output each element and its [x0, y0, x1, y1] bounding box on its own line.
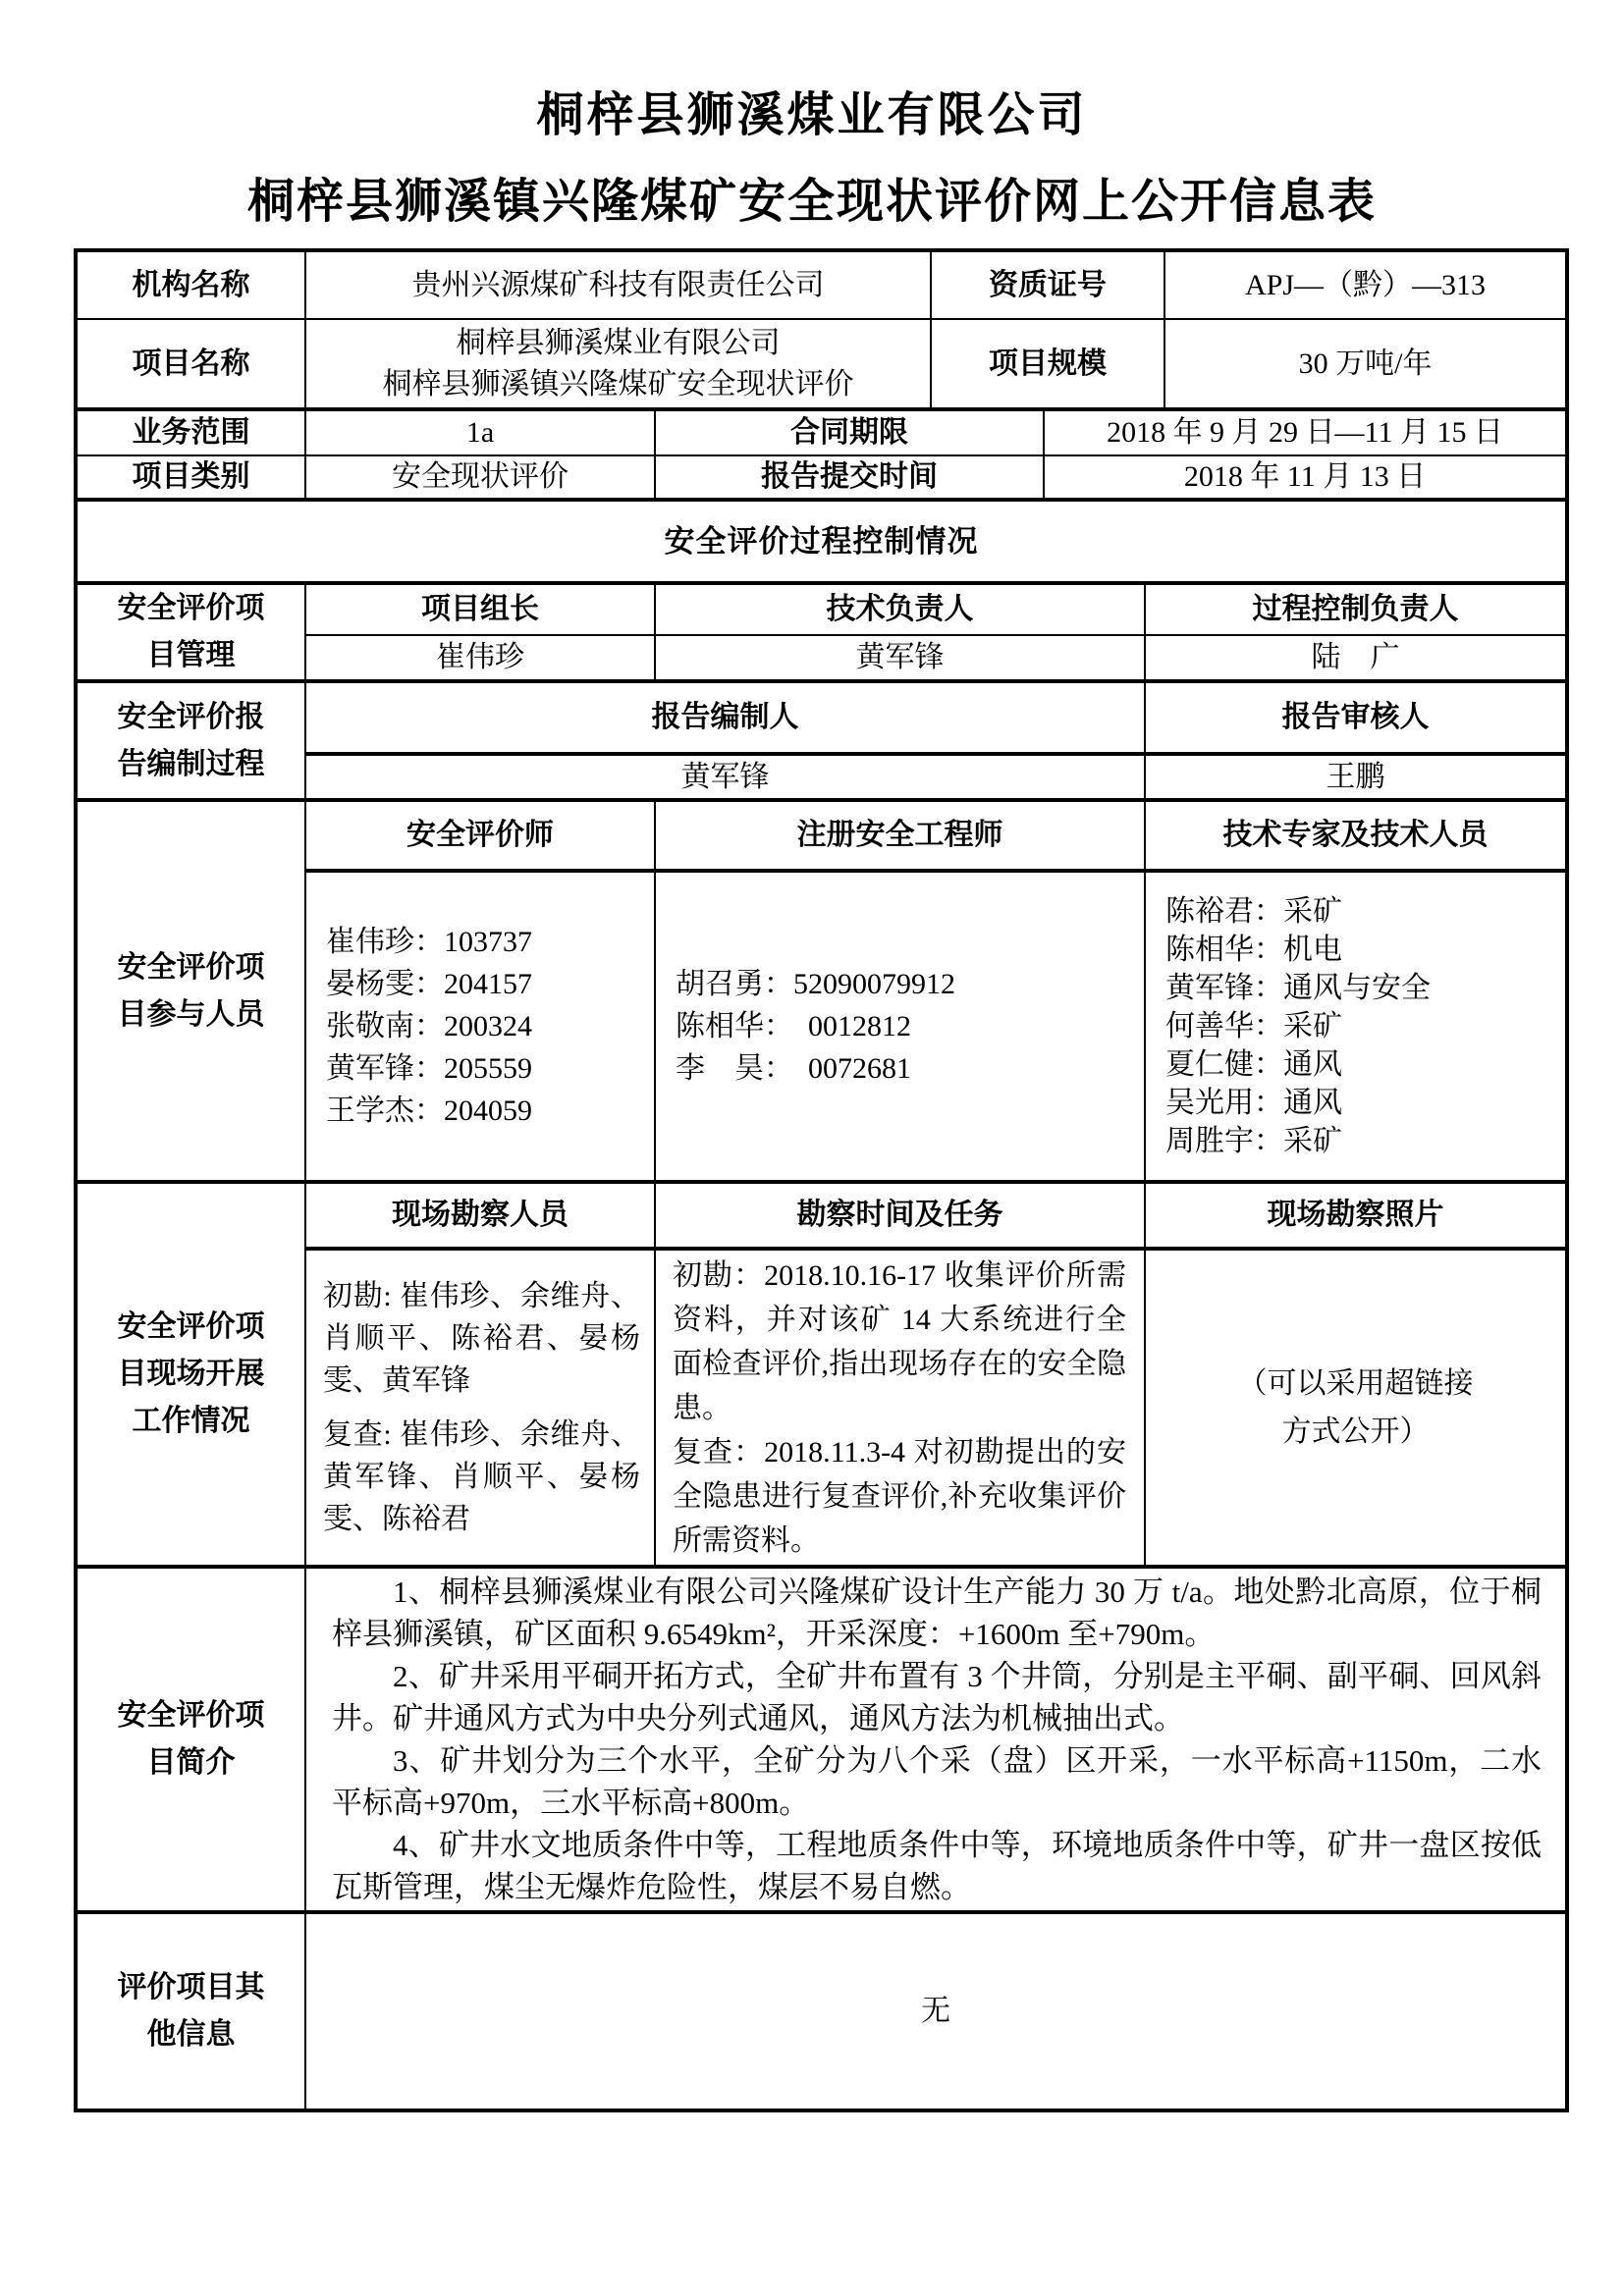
report-writer-name: 黄军锋 — [305, 754, 1145, 800]
expert-line: 何善华：采矿 — [1165, 1007, 1565, 1045]
tech-lead-name: 黄军锋 — [655, 635, 1145, 681]
evaluator-line: 张敬南：200324 — [326, 1005, 654, 1047]
row-project: 项目名称 桐梓县狮溪煤业有限公司 桐梓县狮溪镇兴隆煤矿安全现状评价 项目规模 3… — [76, 319, 1567, 409]
other-info-value: 无 — [305, 1912, 1567, 2110]
team-leader-header: 项目组长 — [305, 583, 655, 635]
tech-lead-header: 技术负责人 — [655, 583, 1145, 635]
engineer-line: 陈相华： 0012812 — [676, 1005, 1144, 1047]
report-reviewer-name: 王鹏 — [1145, 754, 1567, 800]
business-scope-label: 业务范围 — [76, 409, 305, 455]
team-leader-name: 崔伟珍 — [305, 635, 655, 681]
row-category: 项目类别 安全现状评价 报告提交时间 2018 年 11 月 13 日 — [76, 455, 1567, 500]
cert-no-value: APJ—（黔）—313 — [1164, 250, 1567, 319]
evaluators-header: 安全评价师 — [305, 800, 655, 871]
report-reviewer-header: 报告审核人 — [1145, 681, 1567, 754]
section-label-participants: 安全评价项 目参与人员 — [76, 800, 305, 1182]
intro-text: 1、桐梓县狮溪煤业有限公司兴隆煤矿设计生产能力 30 万 t/a。地处黔北高原，… — [305, 1567, 1567, 1912]
report-date-value: 2018 年 11 月 13 日 — [1044, 455, 1567, 500]
row-participants-header: 安全评价项 目参与人员 安全评价师 注册安全工程师 技术专家及技术人员 — [76, 800, 1567, 871]
section-label-sitework: 安全评价项 目现场开展 工作情况 — [76, 1182, 305, 1567]
contract-period-value: 2018 年 9 月 29 日—11 月 15 日 — [1044, 409, 1567, 455]
form-title: 桐梓县狮溪镇兴隆煤矿安全现状评价网上公开信息表 — [0, 177, 1624, 228]
row-sitework-header: 安全评价项 目现场开展 工作情况 现场勘察人员 勘察时间及任务 现场勘察照片 — [76, 1182, 1567, 1249]
process-control-banner: 安全评价过程控制情况 — [76, 500, 1567, 583]
expert-line: 陈相华：机电 — [1165, 931, 1565, 969]
document-page: 桐梓县狮溪煤业有限公司 桐梓县狮溪镇兴隆煤矿安全现状评价网上公开信息表 机构名称… — [0, 0, 1624, 2296]
surveyors-review: 复查: 崔伟珍、余维舟、黄军锋、肖顺平、晏杨雯、陈裕君 — [323, 1414, 640, 1540]
survey-photos-header: 现场勘察照片 — [1145, 1182, 1567, 1249]
company-title: 桐梓县狮溪煤业有限公司 — [0, 90, 1624, 141]
task-review: 复查：2018.11.3-4 对初勘提出的安全隐患进行复查评价,补充收集评价所需… — [673, 1430, 1126, 1563]
project-name-label: 项目名称 — [76, 319, 305, 409]
surveyors-header: 现场勘察人员 — [305, 1182, 655, 1249]
row-scope: 业务范围 1a 合同期限 2018 年 9 月 29 日—11 月 15 日 — [76, 409, 1567, 455]
row-banner: 安全评价过程控制情况 — [76, 500, 1567, 583]
project-category-label: 项目类别 — [76, 455, 305, 500]
row-intro: 安全评价项 目简介 1、桐梓县狮溪煤业有限公司兴隆煤矿设计生产能力 30 万 t… — [76, 1567, 1567, 1912]
surveyors-initial: 初勘: 崔伟珍、余维舟、肖顺平、陈裕君、晏杨雯、黄军锋 — [323, 1275, 640, 1402]
report-writer-header: 报告编制人 — [305, 681, 1145, 754]
business-scope-value: 1a — [305, 409, 655, 455]
surveyors-cell: 初勘: 崔伟珍、余维舟、肖顺平、陈裕君、晏杨雯、黄军锋 复查: 崔伟珍、余维舟、… — [305, 1249, 655, 1567]
section-label-report-prep: 安全评价报 告编制过程 — [76, 681, 305, 800]
process-control-lead-header: 过程控制负责人 — [1145, 583, 1567, 635]
engineers-list: 胡召勇：52090079912 陈相华： 0012812 李 昊： 007268… — [655, 871, 1145, 1182]
project-scale-label: 项目规模 — [931, 319, 1164, 409]
intro-paragraph: 4、矿井水文地质条件中等，工程地质条件中等，环境地质条件中等，矿井一盘区按低瓦斯… — [332, 1824, 1542, 1908]
evaluator-line: 黄军锋：205559 — [326, 1047, 654, 1090]
engineers-header: 注册安全工程师 — [655, 800, 1145, 871]
engineer-line: 胡召勇：52090079912 — [676, 963, 1144, 1005]
intro-paragraph: 1、桐梓县狮溪煤业有限公司兴隆煤矿设计生产能力 30 万 t/a。地处黔北高原，… — [332, 1571, 1542, 1655]
disclosure-table: 机构名称 贵州兴源煤矿科技有限责任公司 资质证号 APJ—（黔）—313 项目名… — [74, 248, 1569, 2112]
evaluators-list: 崔伟珍：103737 晏杨雯：204157 张敬南：200324 黄军锋：205… — [305, 871, 655, 1182]
org-name-value: 贵州兴源煤矿科技有限责任公司 — [305, 250, 931, 319]
report-date-label: 报告提交时间 — [655, 455, 1044, 500]
task-initial: 初勘：2018.10.16-17 收集评价所需资料，并对该矿 14 大系统进行全… — [673, 1254, 1126, 1430]
survey-tasks-header: 勘察时间及任务 — [655, 1182, 1145, 1249]
cert-no-label: 资质证号 — [931, 250, 1164, 319]
engineer-line: 李 昊： 0072681 — [676, 1047, 1144, 1090]
intro-paragraph: 3、矿井划分为三个水平，全矿分为八个采（盘）区开采，一水平标高+1150m，二水… — [332, 1739, 1542, 1824]
expert-line: 黄军锋：通风与安全 — [1165, 969, 1565, 1007]
row-org: 机构名称 贵州兴源煤矿科技有限责任公司 资质证号 APJ—（黔）—313 — [76, 250, 1567, 319]
org-name-label: 机构名称 — [76, 250, 305, 319]
row-other: 评价项目其 他信息 无 — [76, 1912, 1567, 2110]
project-name-value: 桐梓县狮溪煤业有限公司 桐梓县狮溪镇兴隆煤矿安全现状评价 — [305, 319, 931, 409]
row-report-header: 安全评价报 告编制过程 报告编制人 报告审核人 — [76, 681, 1567, 754]
contract-period-label: 合同期限 — [655, 409, 1044, 455]
section-label-other: 评价项目其 他信息 — [76, 1912, 305, 2110]
row-management-header: 安全评价项 目管理 项目组长 技术负责人 过程控制负责人 — [76, 583, 1567, 635]
survey-photos-note: （可以采用超链接 方式公开） — [1145, 1249, 1567, 1567]
intro-paragraph: 2、矿井采用平硐开拓方式，全矿井布置有 3 个井筒，分别是主平硐、副平硐、回风斜… — [332, 1655, 1542, 1739]
experts-list: 陈裕君：采矿 陈相华：机电 黄军锋：通风与安全 何善华：采矿 夏仁健：通风 吴光… — [1145, 871, 1567, 1182]
evaluator-line: 崔伟珍：103737 — [326, 921, 654, 963]
project-category-value: 安全现状评价 — [305, 455, 655, 500]
expert-line: 陈裕君：采矿 — [1165, 892, 1565, 931]
evaluator-line: 晏杨雯：204157 — [326, 963, 654, 1005]
process-control-lead-name: 陆 广 — [1145, 635, 1567, 681]
survey-tasks-cell: 初勘：2018.10.16-17 收集评价所需资料，并对该矿 14 大系统进行全… — [655, 1249, 1145, 1567]
evaluator-line: 王学杰：204059 — [326, 1090, 654, 1132]
expert-line: 吴光用：通风 — [1165, 1084, 1565, 1122]
section-label-management: 安全评价项 目管理 — [76, 583, 305, 681]
section-label-intro: 安全评价项 目简介 — [76, 1567, 305, 1912]
expert-line: 周胜宇：采矿 — [1165, 1122, 1565, 1160]
experts-header: 技术专家及技术人员 — [1145, 800, 1567, 871]
project-scale-value: 30 万吨/年 — [1164, 319, 1567, 409]
expert-line: 夏仁健：通风 — [1165, 1045, 1565, 1084]
